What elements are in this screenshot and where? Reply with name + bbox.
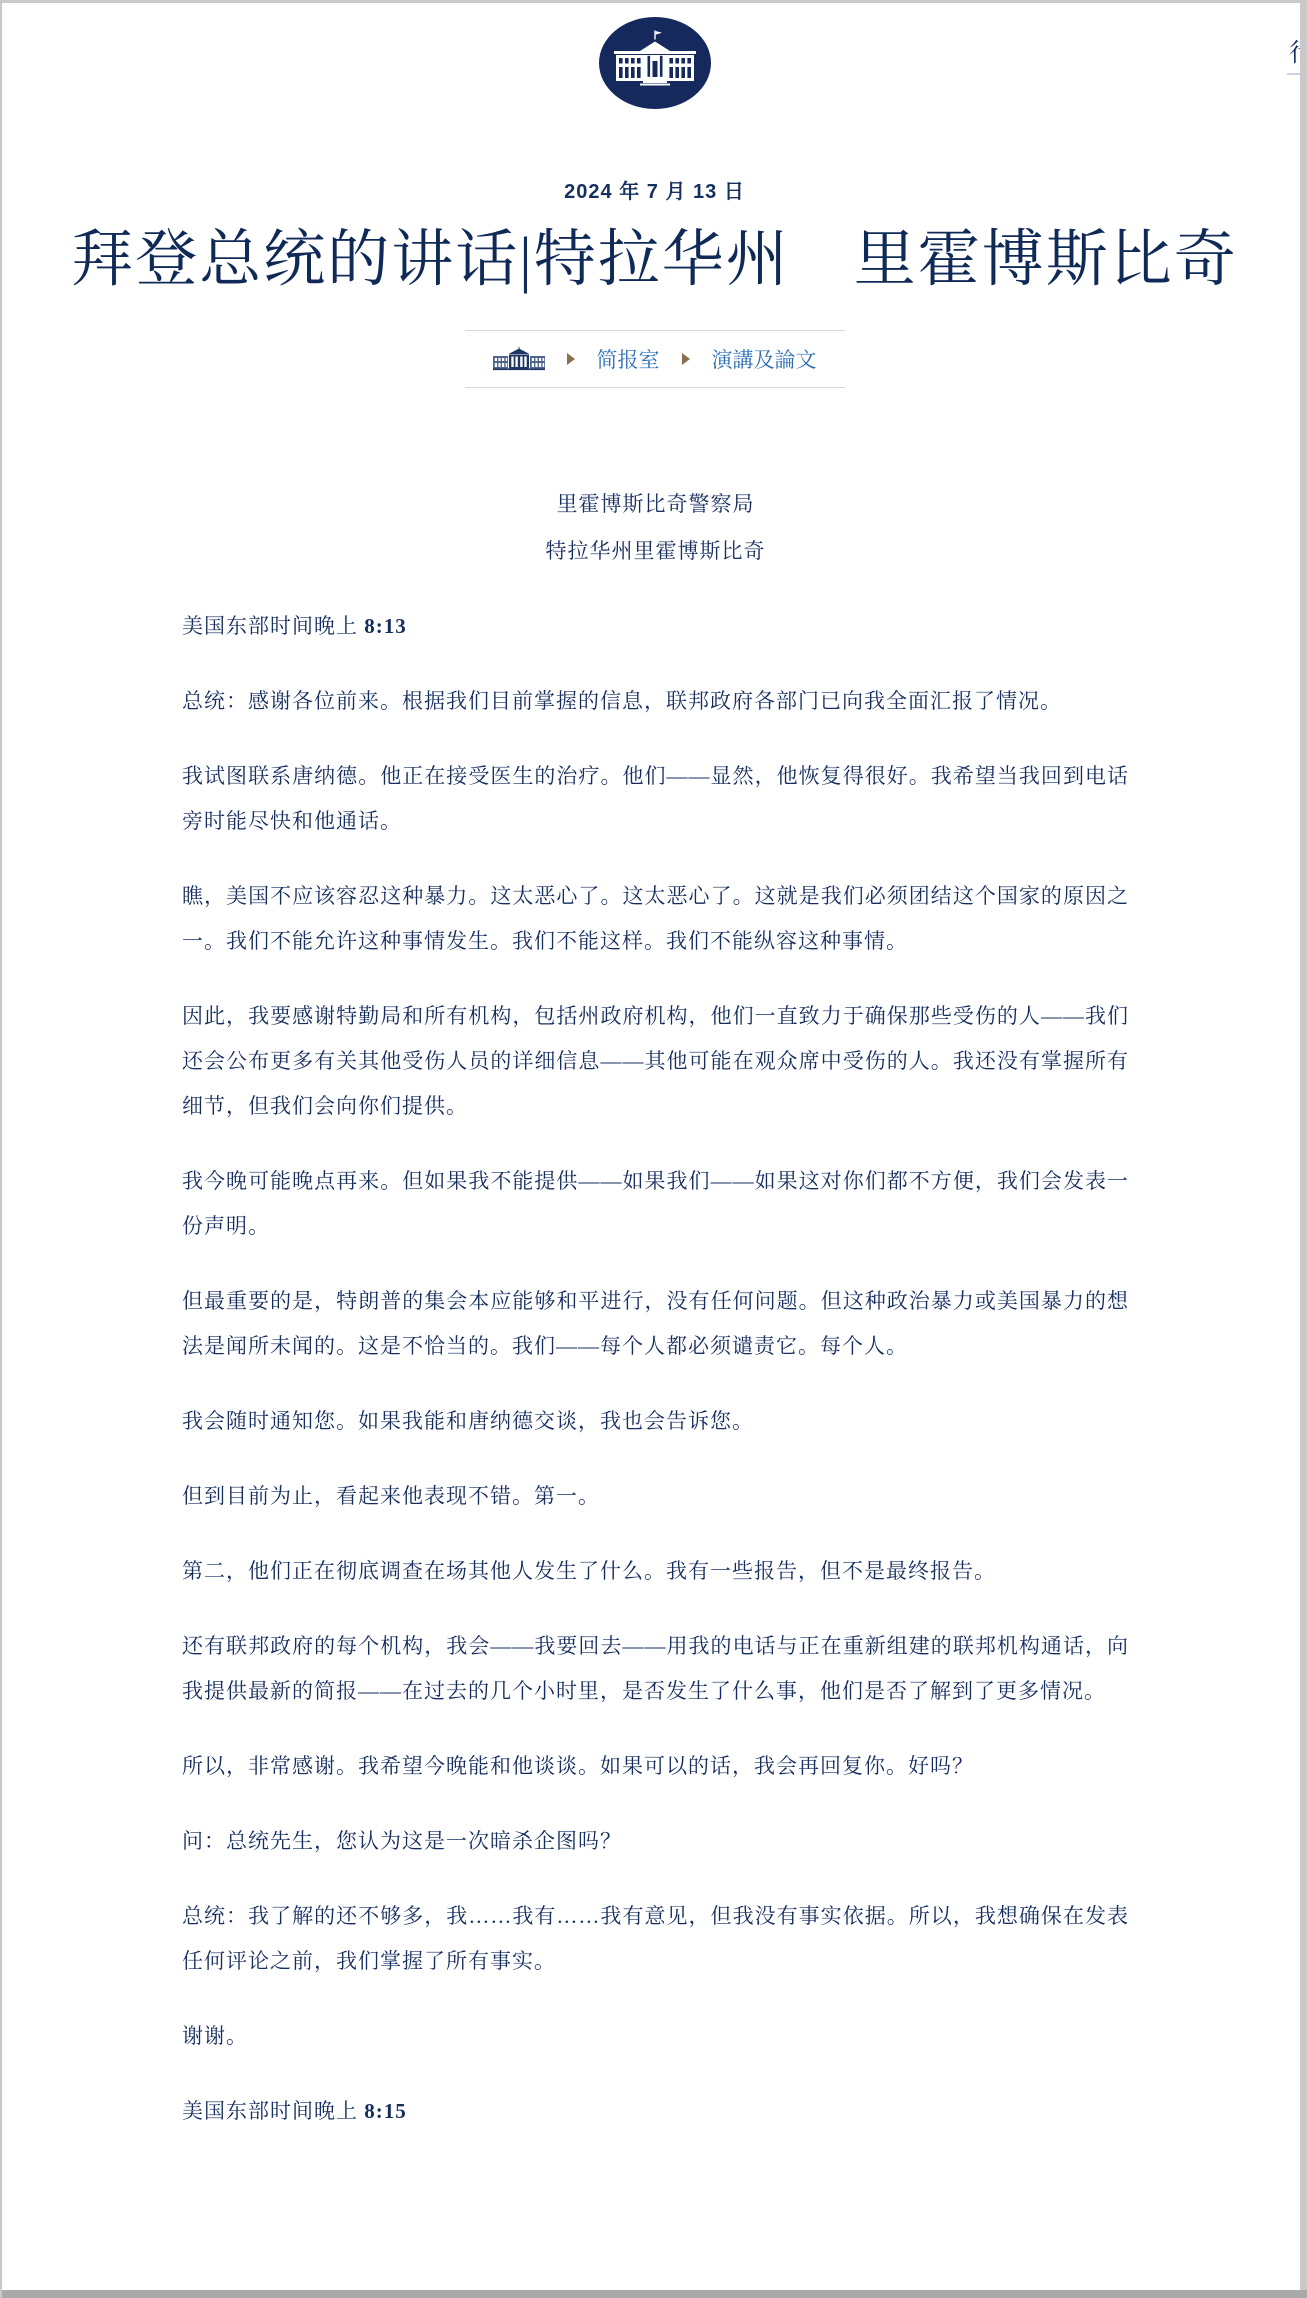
paragraph: 美国东部时间晚上 8:13 <box>182 604 1129 649</box>
page-header: 2024 年 7 月 13 日 拜登总统的讲话|特拉华州 里霍博斯比奇 <box>2 17 1307 388</box>
paragraph: 里霍博斯比奇警察局 <box>182 482 1129 527</box>
vertical-scrollbar[interactable] <box>1300 3 1307 2298</box>
page: 行 <box>0 0 1307 2298</box>
page-title: 拜登总统的讲话|特拉华州 里霍博斯比奇 <box>2 224 1307 296</box>
breadcrumb-separator-icon <box>682 353 690 365</box>
paragraph: 但到目前为止，看起来他表现不错。第一。 <box>182 1474 1129 1519</box>
paragraph: 总统：感谢各位前来。根据我们目前掌握的信息，联邦政府各部门已向我全面汇报了情况。 <box>182 679 1129 724</box>
article-date: 2024 年 7 月 13 日 <box>2 175 1307 204</box>
paragraph: 我会随时通知您。如果我能和唐纳德交谈，我也会告诉您。 <box>182 1399 1129 1444</box>
paragraph: 特拉华州里霍博斯比奇 <box>182 529 1129 574</box>
breadcrumb-briefing-room-link[interactable]: 简报室 <box>597 344 660 374</box>
paragraph: 第二，他们正在彻底调查在场其他人发生了什么。我有一些报告，但不是最终报告。 <box>182 1549 1129 1594</box>
paragraph: 因此，我要感谢特勤局和所有机构，包括州政府机构，他们一直致力于确保那些受伤的人—… <box>182 994 1129 1129</box>
paragraph: 所以，非常感谢。我希望今晚能和他谈谈。如果可以的话，我会再回复你。好吗？ <box>182 1744 1129 1789</box>
paragraph: 瞧，美国不应该容忍这种暴力。这太恶心了。这太恶心了。这就是我们必须团结这个国家的… <box>182 874 1129 964</box>
paragraph: 问：总统先生，您认为这是一次暗杀企图吗？ <box>182 1819 1129 1864</box>
breadcrumb-speeches-link[interactable]: 演講及論文 <box>712 344 817 374</box>
article-body: 里霍博斯比奇警察局特拉华州里霍博斯比奇美国东部时间晚上 8:13总统：感谢各位前… <box>182 482 1129 2134</box>
paragraph: 美国东部时间晚上 8:15 <box>182 2089 1129 2134</box>
whitehouse-building-icon[interactable] <box>493 347 545 371</box>
paragraph: 但最重要的是，特朗普的集会本应能够和平进行，没有任何问题。但这种政治暴力或美国暴… <box>182 1279 1129 1369</box>
paragraph: 我试图联系唐纳德。他正在接受医生的治疗。他们——显然，他恢复得很好。我希望当我回… <box>182 754 1129 844</box>
paragraph: 总统：我了解的还不够多，我……我有……我有意见，但我没有事实依据。所以，我想确保… <box>182 1894 1129 1984</box>
whitehouse-logo-icon[interactable] <box>599 17 711 109</box>
paragraph: 谢谢。 <box>182 2014 1129 2059</box>
breadcrumb: 简报室 演講及論文 <box>465 330 845 388</box>
breadcrumb-separator-icon <box>567 353 575 365</box>
paragraph: 我今晚可能晚点再来。但如果我不能提供——如果我们——如果这对你们都不方便，我们会… <box>182 1159 1129 1249</box>
horizontal-scrollbar[interactable] <box>2 2290 1307 2298</box>
paragraph: 还有联邦政府的每个机构，我会——我要回去——用我的电话与正在重新组建的联邦机构通… <box>182 1624 1129 1714</box>
